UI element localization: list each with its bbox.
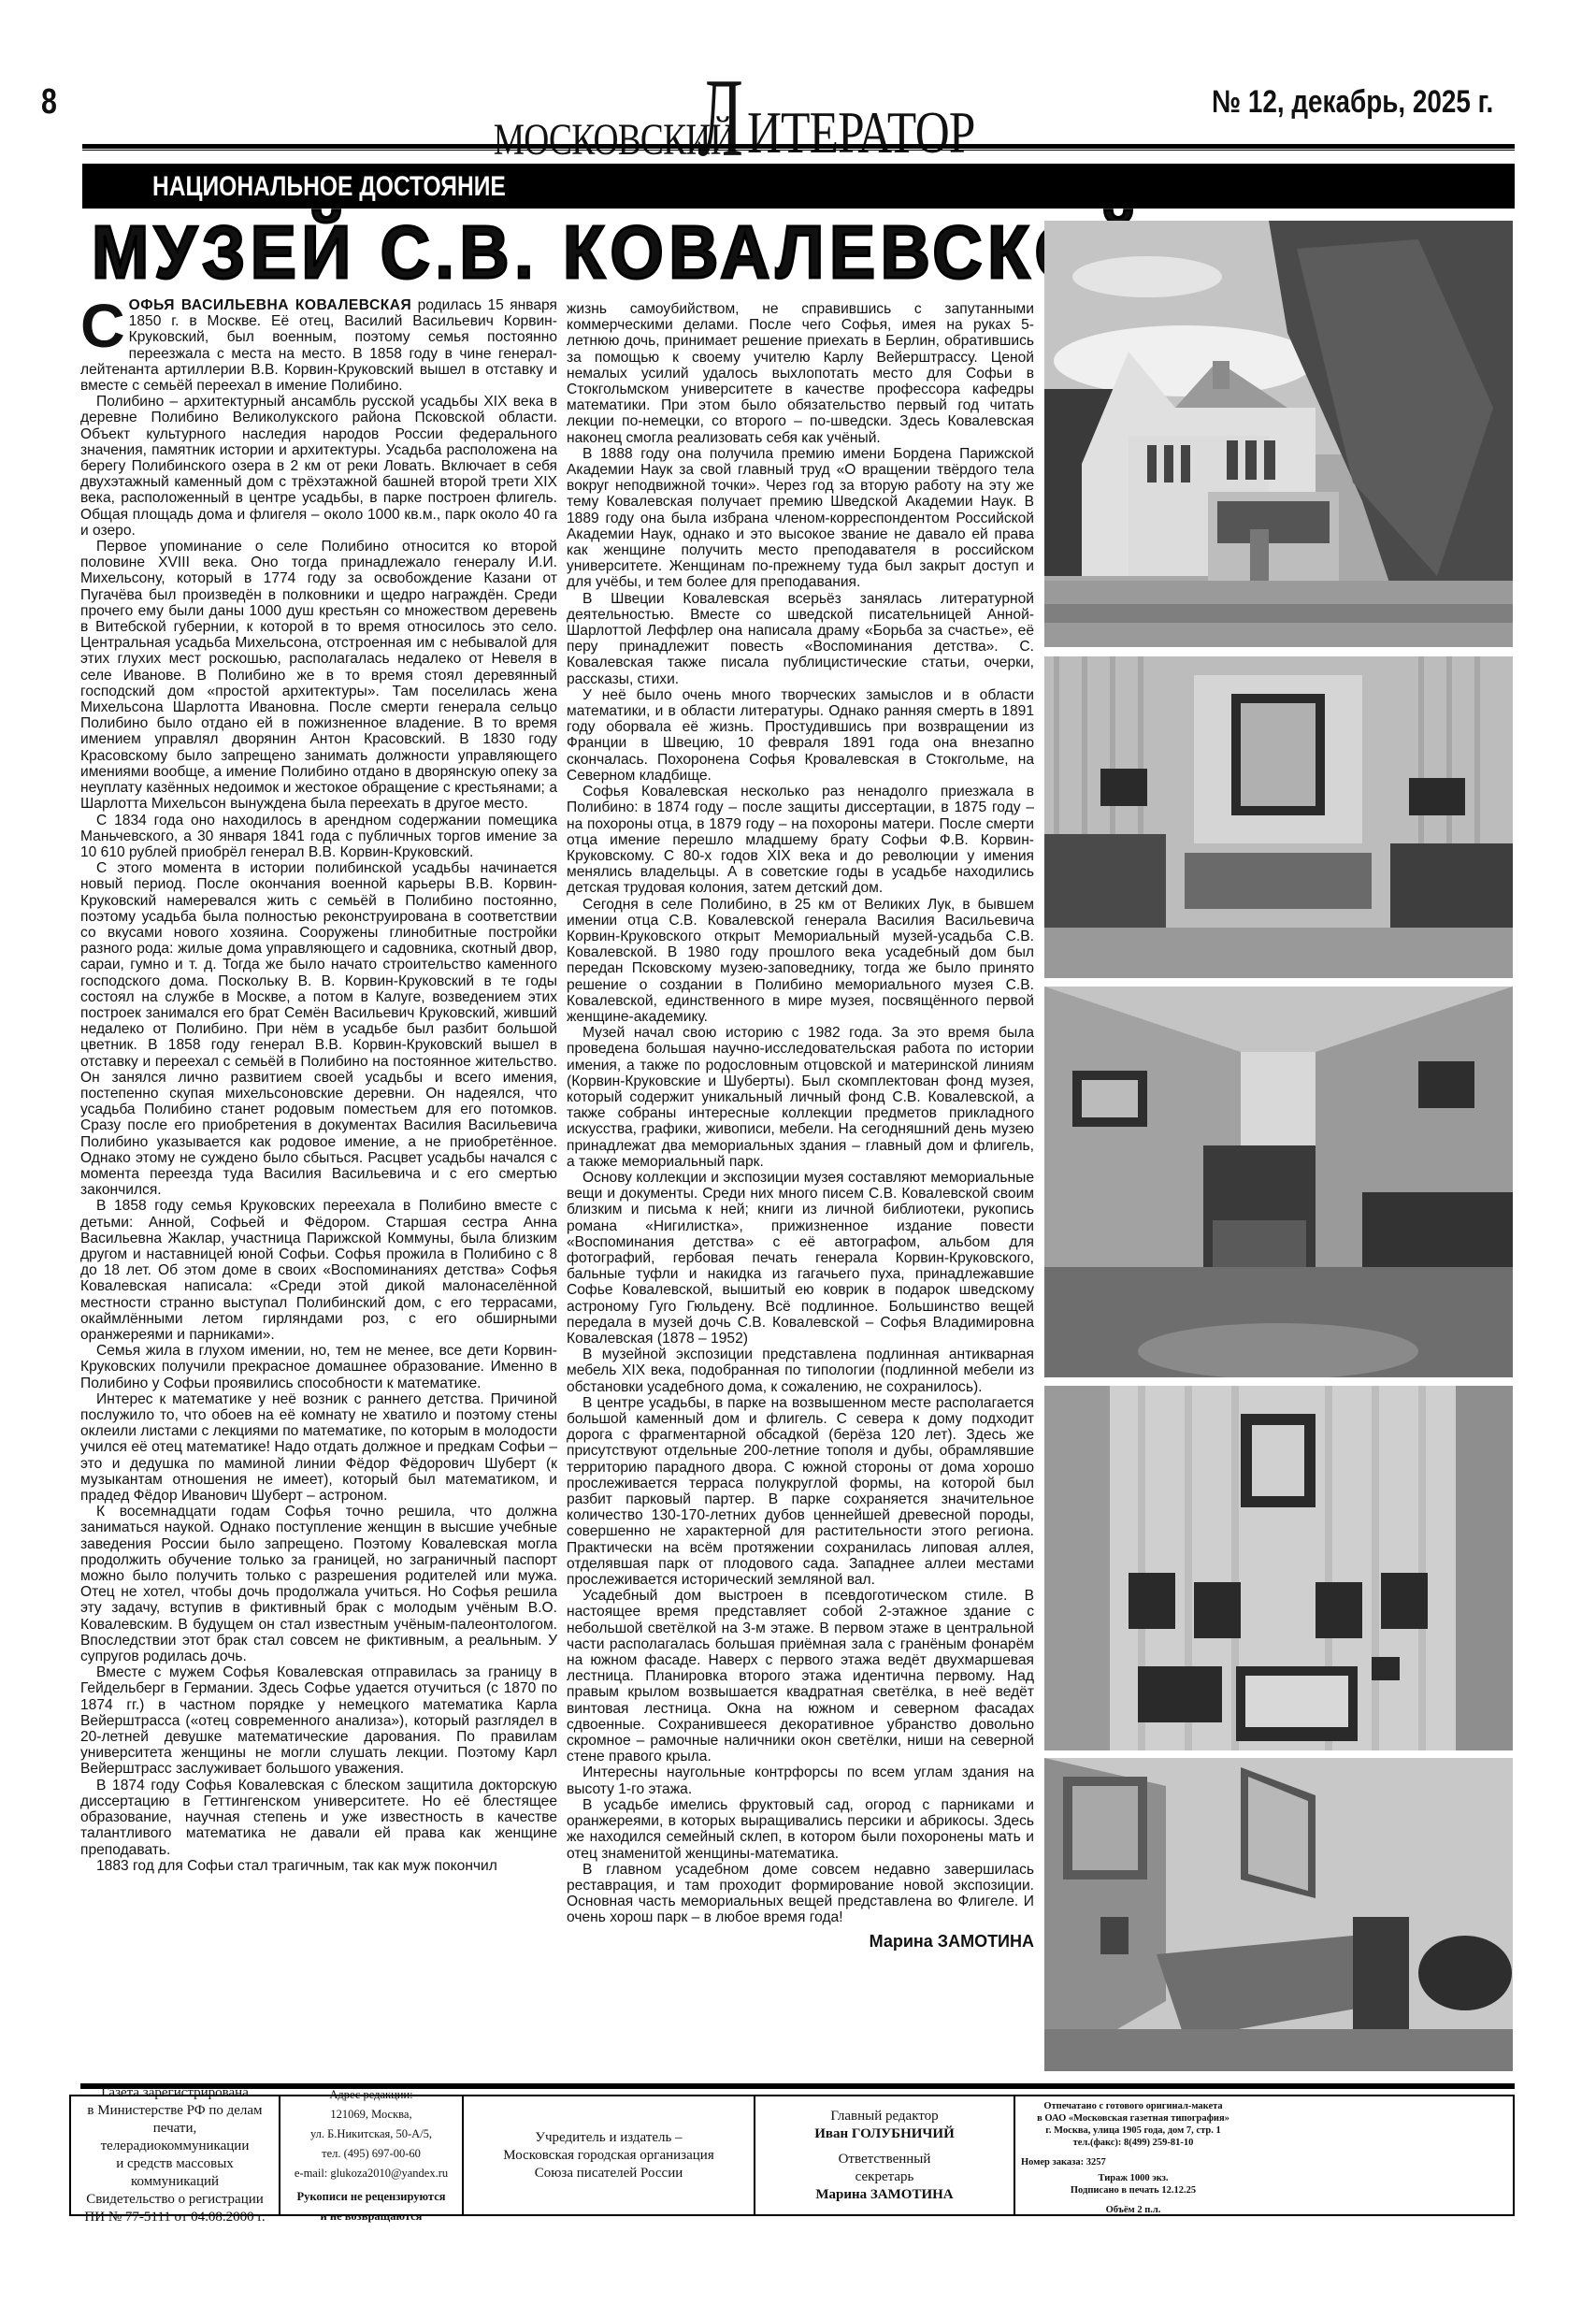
secretary-name: Марина ЗАМОТИНА xyxy=(761,2186,1008,2204)
masthead-word-literator: ИТЕРАТОР xyxy=(747,103,975,163)
paragraph: Усадебный дом выстроен в псевдоготическо… xyxy=(567,1588,1034,1764)
address-line: ул. Б.Никитская, 50-А/5, xyxy=(286,2125,456,2144)
article-headline: МУЗЕЙ С.В. КОВАЛЕВСКОЙ xyxy=(92,211,1148,294)
registration-line: телерадиокоммуникации xyxy=(77,2138,273,2155)
editor-title: Главный редактор xyxy=(761,2108,1008,2125)
address-line: 121069, Москва, xyxy=(286,2105,456,2125)
interior-study-image xyxy=(1044,987,1513,1377)
article-column-2: жизнь самоубийством, не справившись с за… xyxy=(567,301,1034,2059)
paragraph: Вместе с мужем Софья Ковалевская отправи… xyxy=(80,1664,557,1777)
paragraph: Интересны наугольные контрфорсы по всем … xyxy=(567,1764,1034,1796)
printer-line: г. Москва, улица 1905 года, дом 7, стр. … xyxy=(1021,2125,1245,2137)
imprint-printing: Отпечатано с готового оригинал-макета в … xyxy=(1015,2096,1251,2214)
imprint-registration: Газета зарегистрирована в Министерстве Р… xyxy=(71,2096,280,2214)
signed-date: Подписано в печать 12.12.25 xyxy=(1021,2184,1245,2197)
page-margin xyxy=(1515,2095,1596,2216)
paragraph: Семья жила в глухом имении, но, тем не м… xyxy=(80,1343,557,1391)
lead-paragraph: СОФЬЯ ВАСИЛЬЕВНА КОВАЛЕВСКАЯ родилась 15… xyxy=(80,297,557,394)
paragraph: 1883 год для Софьи стал трагичным, так к… xyxy=(80,1858,557,1874)
paragraph: С 1834 года оно находилось в арендном со… xyxy=(80,813,557,861)
email-link[interactable]: e-mail: glukoza2010@yandex.ru xyxy=(286,2164,456,2183)
photo-interior-portrait-wall xyxy=(1044,1386,1513,1750)
lead-name: ОФЬЯ ВАСИЛЬЕВНА КОВАЛЕВСКАЯ xyxy=(129,297,412,313)
paragraph: У неё было очень много творческих замысл… xyxy=(567,687,1034,784)
note-line: Рукописи не рецензируются xyxy=(286,2187,456,2207)
note-line: и не возвращаются xyxy=(286,2207,456,2226)
editor-name: Иван ГОЛУБНИЧИЙ xyxy=(761,2125,1008,2143)
paragraph: В 1888 году она получила премию имени Бо… xyxy=(567,446,1034,591)
paragraph: В главном усадебном доме совсем недавно … xyxy=(567,1862,1034,1926)
founder-line: Союза писателей России xyxy=(469,2165,748,2182)
section-bar: НАЦИОНАЛЬНОЕ ДОСТОЯНИЕ xyxy=(82,164,1515,209)
article-column-1: СОФЬЯ ВАСИЛЬЕВНА КОВАЛЕВСКАЯ родилась 15… xyxy=(80,297,557,2079)
photo-manor-exterior xyxy=(1044,221,1513,647)
certificate-line: ПИ № 77-5111 от 04.08.2000 г. xyxy=(77,2209,273,2226)
imprint-address: Адрес редакции: 121069, Москва, ул. Б.Ни… xyxy=(280,2096,464,2214)
paragraph: В усадьбе имелись фруктовый сад, огород … xyxy=(567,1797,1034,1862)
paragraph: Интерес к математике у неё возник с ранн… xyxy=(80,1391,557,1504)
masthead-rule xyxy=(82,144,1515,149)
paragraph: В Швеции Ковалевская всерьёз занялась ли… xyxy=(567,591,1034,687)
printer-line: в ОАО «Московская газетная типография» xyxy=(1021,2112,1245,2125)
paragraph: Софья Ковалевская несколько раз ненадолг… xyxy=(567,784,1034,896)
founder-line: Учредитель и издатель – xyxy=(469,2129,748,2147)
registration-line: в Министерстве РФ по делам печати, xyxy=(77,2102,273,2138)
section-label: НАЦИОНАЛЬНОЕ ДОСТОЯНИЕ xyxy=(152,171,506,203)
founder-line: Московская городская организация xyxy=(469,2147,748,2165)
paragraph: В центре усадьбы, в парке на возвышенном… xyxy=(567,1395,1034,1588)
address-line: Адрес редакции: xyxy=(286,2085,456,2105)
printer-line: тел.(факс): 8(499) 259-81-10 xyxy=(1021,2137,1245,2149)
masthead-rule-thin xyxy=(82,150,1515,151)
photo-interior-portraits-room xyxy=(1044,656,1513,978)
paragraph: С этого момента в истории полибинской ус… xyxy=(80,860,557,1198)
volume: Объём 2 п.л. xyxy=(1021,2204,1245,2216)
secretary-title: Ответственный xyxy=(761,2151,1008,2168)
imprint-box: Газета зарегистрирована в Министерстве Р… xyxy=(69,2095,1515,2216)
spacer xyxy=(761,2143,1008,2151)
order-number: Номер заказа: 3257 xyxy=(1021,2156,1245,2168)
imprint-editors: Главный редактор Иван ГОЛУБНИЧИЙ Ответст… xyxy=(755,2096,1015,2214)
paragraph-continued: жизнь самоубийством, не справившись с за… xyxy=(567,301,1034,446)
registration-line: Газета зарегистрирована xyxy=(77,2084,273,2102)
paragraph: Музей начал свою историю с 1982 года. За… xyxy=(567,1025,1034,1170)
paragraph: В 1874 году Софья Ковалевская с блеском … xyxy=(80,1778,557,1858)
circulation: Тираж 1000 экз. xyxy=(1021,2172,1245,2184)
certificate-line: Свидетельство о регистрации xyxy=(77,2191,273,2209)
paragraph: Сегодня в селе Полибино, в 25 км от Вели… xyxy=(567,897,1034,1026)
printer-line: Отпечатано с готового оригинал-макета xyxy=(1021,2100,1245,2112)
page-number: 8 xyxy=(41,82,57,122)
paragraph: К восемнадцати годам Софья точно решила,… xyxy=(80,1504,557,1664)
paragraph: В музейной экспозиции представлена подли… xyxy=(567,1347,1034,1395)
photo-interior-piano-room xyxy=(1044,1758,1513,2071)
paragraph: Основу коллекции и экспозиции музея сост… xyxy=(567,1170,1034,1347)
registration-line: коммуникаций xyxy=(77,2173,273,2191)
imprint-founder: Учредитель и издатель – Московская город… xyxy=(464,2096,755,2214)
piano-room-image xyxy=(1044,1758,1513,2071)
phone-line: тел. (495) 697-00-60 xyxy=(286,2144,456,2164)
photo-interior-study xyxy=(1044,987,1513,1377)
manor-house-image xyxy=(1044,221,1513,647)
paragraph: В 1858 году семья Круковских переехала в… xyxy=(80,1198,557,1343)
author-byline: Марина ЗАМОТИНА xyxy=(567,1934,1034,1950)
portrait-wall-image xyxy=(1044,1386,1513,1750)
manuscripts-note: Рукописи не рецензируются и не возвращаю… xyxy=(286,2187,456,2226)
registration-line: и средств массовых xyxy=(77,2155,273,2173)
paragraph: Полибино – архитектурный ансамбль русско… xyxy=(80,394,557,539)
drop-cap: С xyxy=(80,299,125,352)
issue-info: № 12, декабрь, 2025 г. xyxy=(1212,84,1493,121)
secretary-title: секретарь xyxy=(761,2168,1008,2186)
interior-room-image xyxy=(1044,656,1513,978)
paragraph: Первое упоминание о селе Полибино относи… xyxy=(80,539,557,812)
